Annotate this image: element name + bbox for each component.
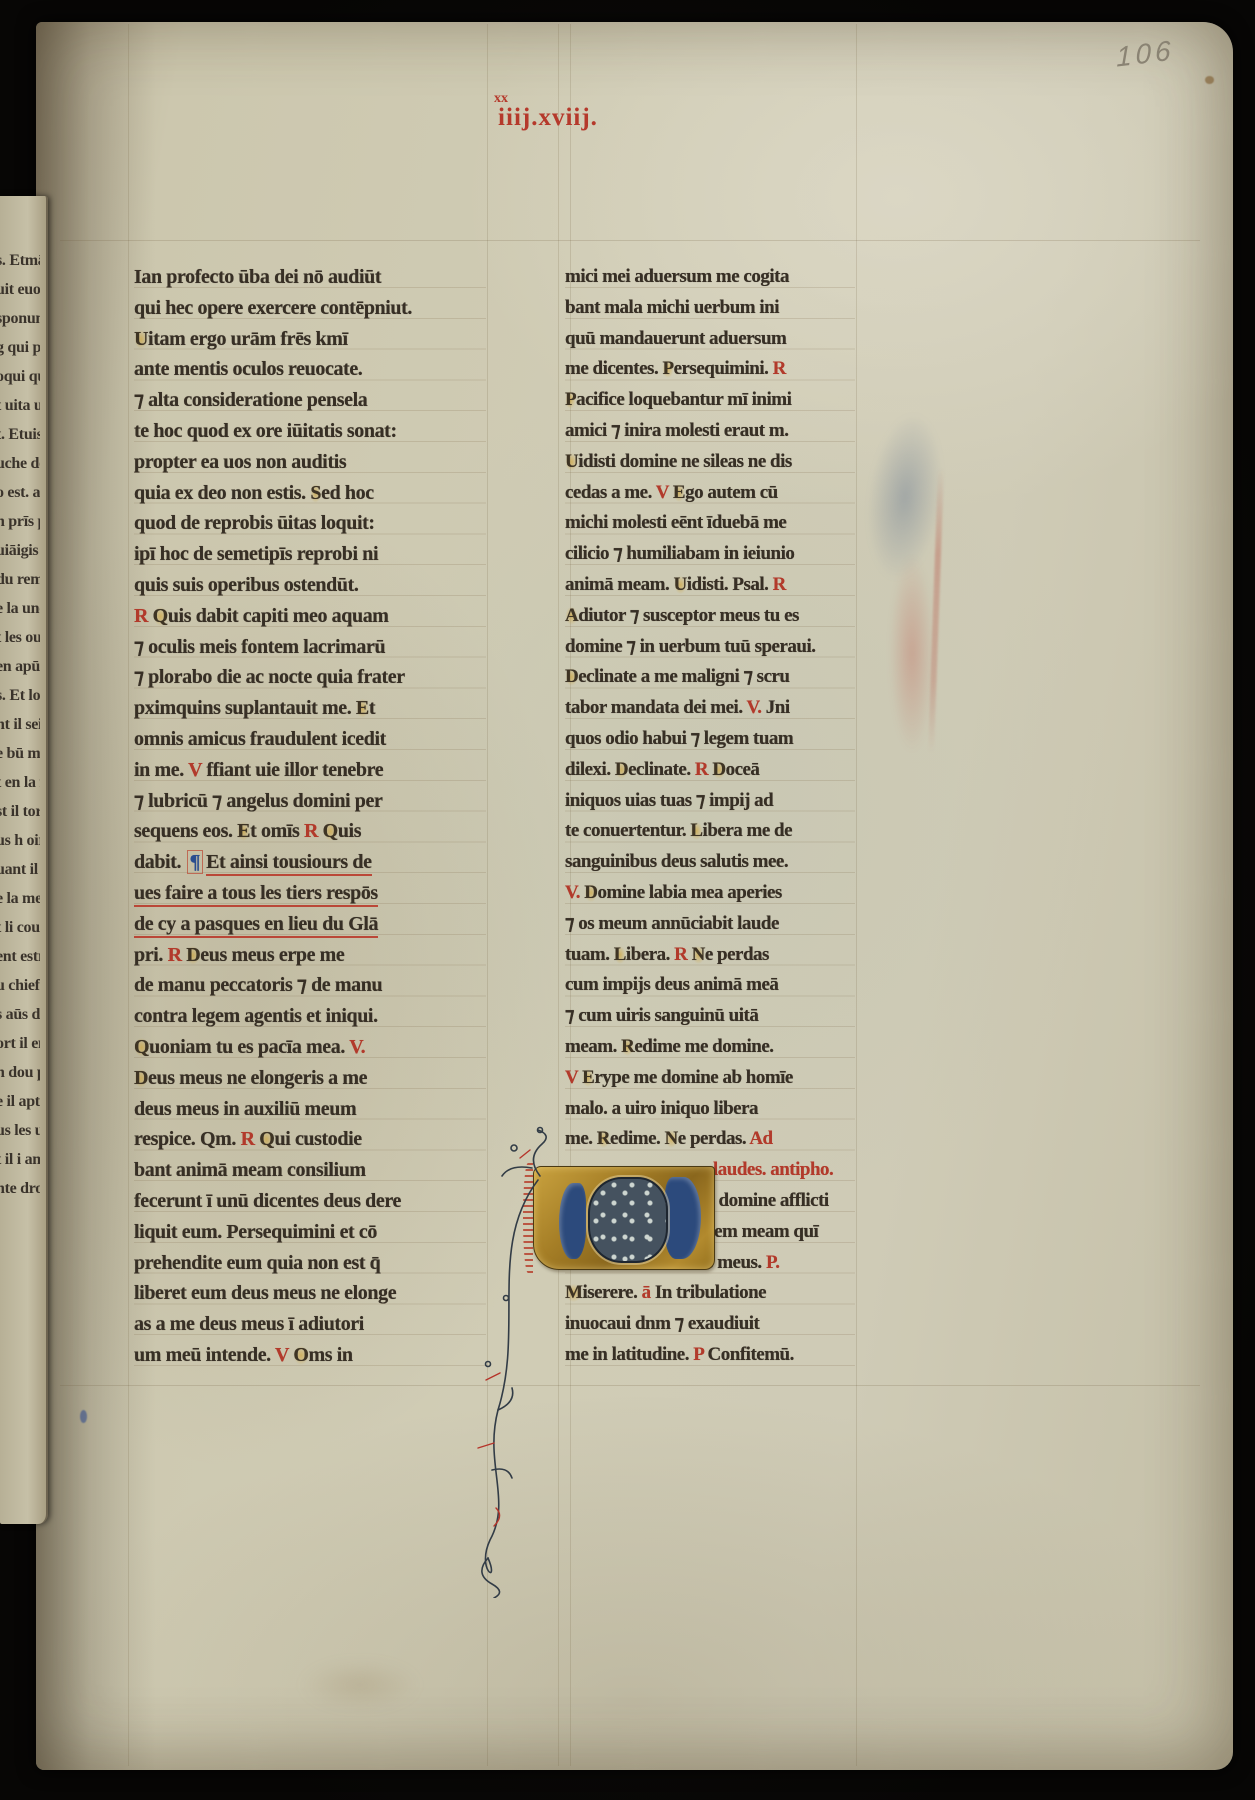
body-text: as a me deus meus ī adiutori <box>134 1313 364 1335</box>
ruling-line <box>128 24 129 1766</box>
body-text: itam ergo urām frēs kmī <box>148 328 348 350</box>
body-text: D <box>565 666 578 687</box>
manuscript-text-line: me dicentes. Persequimini. R <box>565 354 855 385</box>
body-text: dabit. <box>134 851 186 873</box>
previous-page-text-fragment: en apū de s <box>0 652 40 681</box>
manuscript-text-line: te conuertentur. Libera me de <box>565 816 855 847</box>
body-text: quū mandauerunt aduersum <box>565 328 786 349</box>
body-text: ersequimini. <box>674 358 773 379</box>
body-text: E <box>673 482 685 503</box>
body-text: prehendite eum quia non est q̄ <box>134 1252 380 1274</box>
manuscript-text-line: ipī hoc de semetipīs reprobi ni <box>134 539 486 570</box>
rubric-text: R <box>168 944 187 966</box>
ruling-line <box>60 1385 1200 1386</box>
rubric-text: R <box>695 759 712 780</box>
rubric-text: V <box>188 759 206 781</box>
manuscript-text-line: ⁊ oculis meis fontem lacrimarū <box>134 632 486 663</box>
initial-blue-panel <box>665 1177 701 1259</box>
body-text: ui custodie <box>274 1128 361 1150</box>
manuscript-text-line: michi molesti eēnt īduebā me <box>565 508 855 539</box>
body-text: acifice loquebantur mī inimi <box>576 389 791 410</box>
previous-page-text-fragment: us h oires <box>0 826 40 855</box>
body-text: R <box>597 1128 610 1149</box>
body-text: e perdas. <box>678 1128 750 1149</box>
body-text: cilicio ⁊ humiliabam in ieiunio <box>565 543 794 564</box>
body-text: bant mala michi uerbum ini <box>565 297 779 318</box>
manuscript-text-line: quis suis operibus ostendūt. <box>134 570 486 601</box>
previous-page-text-fragment: oqui questū <box>0 362 40 391</box>
manuscript-text-line: Declinate a me maligni ⁊ scru <box>565 662 855 693</box>
previous-page-text-fragment: uant il dit <box>0 855 40 884</box>
body-text: liquit eum. Persequimini et cō <box>134 1221 377 1243</box>
rubric-text: V <box>275 1344 293 1366</box>
body-text: D <box>134 1067 148 1089</box>
body-text: quis suis operibus ostendūt. <box>134 574 358 596</box>
body-text: ⁊ oculis meis fontem lacrimarū <box>134 636 385 658</box>
previous-page-text-fragment: uit euoē nul <box>0 275 40 304</box>
previous-page-text-fragment: n dou pue <box>0 1058 40 1087</box>
body-text: te hoc quod ex ore iūitatis sonat: <box>134 420 397 442</box>
rubric-text: V <box>656 482 673 503</box>
manuscript-text-line: tabor mandata dei mei. V. Jni <box>565 693 855 724</box>
body-text: amici ⁊ inira molesti eraut m. <box>565 420 788 441</box>
body-text: P <box>565 389 576 410</box>
rubric-text: R <box>674 944 691 965</box>
body-text: D <box>615 759 628 780</box>
body-text: uis <box>338 820 361 842</box>
manuscript-text-line: amici ⁊ inira molesti eraut m. <box>565 416 855 447</box>
previous-page-text-fragment: g qui pecoī <box>0 333 40 362</box>
previous-page-text-fragment: t en la fin <box>0 768 40 797</box>
body-text: L <box>614 944 626 965</box>
body-text: eclinate a me maligni ⁊ scru <box>578 666 789 687</box>
manuscript-text-line: Deus meus ne elongeris a me <box>134 1063 486 1094</box>
previous-page-text-fragment: nte droit <box>0 1174 40 1203</box>
rubric-text: V. <box>349 1036 365 1058</box>
manuscript-text-line: V. Domine labia mea aperies <box>565 878 855 909</box>
body-text: diutor ⁊ susceptor meus tu es <box>578 605 799 626</box>
body-text: In tribulatione <box>655 1282 766 1303</box>
body-text: sanguinibus deus salutis mee. <box>565 851 788 872</box>
body-text: N <box>665 1128 678 1149</box>
body-text: deus meus in auxiliū meum <box>134 1098 356 1120</box>
manuscript-text-line: Adiutor ⁊ susceptor meus tu es <box>565 601 855 632</box>
previous-page-text-fragment: t les oures <box>0 623 40 652</box>
previous-page-text-fragment: ort il en <box>0 1029 40 1058</box>
manuscript-text-line: quia ex deo non estis. Sed hoc <box>134 478 486 509</box>
quire-signature-superscript: xx <box>494 91 508 107</box>
manuscript-text-line: me in latitudine. P Confitemū. <box>565 1340 855 1371</box>
previous-page-text-fragment: e la unē de <box>0 594 40 623</box>
body-text: eus meus erpe me <box>200 944 344 966</box>
rubric-text: R <box>304 820 323 842</box>
manuscript-text-line: propter ea uos non auditis <box>134 447 486 478</box>
previous-page-edge: s. Etmāsauit euoē nulsponun ue dg qui pe… <box>0 196 48 1524</box>
body-text: sequens eos. <box>134 820 237 842</box>
manuscript-text-line: Ian profecto ūba dei nō audiūt <box>134 262 486 293</box>
manuscript-text-line: sanguinibus deus salutis mee. <box>565 847 855 878</box>
body-text: fecerunt ī unū dicentes deus dere <box>134 1190 401 1212</box>
previous-page-text-fragment: e bū moult <box>0 739 40 768</box>
initial-filigree-roundel <box>588 1177 668 1263</box>
rubric-text: ā <box>642 1282 655 1303</box>
previous-page-text-fragment: ent estre <box>0 942 40 971</box>
manuscript-text-line: quū mandauerunt aduersum <box>565 324 855 355</box>
body-text: Jni <box>766 697 790 718</box>
body-text: propter ea uos non auditis <box>134 451 346 473</box>
body-text: mici mei aduersum me cogita <box>565 266 789 287</box>
manuscript-text-line: Pacifice loquebantur mī inimi <box>565 385 855 416</box>
body-text: contra legem agentis et iniqui. <box>134 1005 378 1027</box>
body-text: qui hec opere exercere contēpniut. <box>134 297 412 319</box>
body-text: Confitemū. <box>708 1344 794 1365</box>
body-text: Q <box>134 1036 149 1058</box>
manuscript-text-line: te hoc quod ex ore iūitatis sonat: <box>134 416 486 447</box>
previous-page-text-fragment: t li couen <box>0 913 40 942</box>
previous-page-text-fragment: s aūs dep <box>0 1000 40 1029</box>
manuscript-text-line: tuam. Libera. R Ne perdas <box>565 940 855 971</box>
manuscript-text-line: bant mala michi uerbum ini <box>565 293 855 324</box>
body-text: ibera. <box>626 944 674 965</box>
manuscript-text-line: ⁊ cum uiris sanguinū uitā <box>565 1001 855 1032</box>
rubric-text: V. <box>565 882 584 903</box>
body-text: Q <box>153 605 168 627</box>
body-text: S <box>310 482 321 504</box>
manuscript-text-line: quos odio habui ⁊ legem tuam <box>565 724 855 755</box>
manuscript-text-line: cilicio ⁊ humiliabam in ieiunio <box>565 539 855 570</box>
body-text: edime. <box>610 1128 665 1149</box>
manuscript-text-line: sequens eos. Et omīs R Quis <box>134 816 486 847</box>
body-text: omnis amicus fraudulent icedit <box>134 728 386 750</box>
previous-page-text-fragment: s. Etmāsa <box>0 246 40 275</box>
body-text: U <box>565 451 578 472</box>
body-text: ⁊ os meum annūciabit laude <box>565 913 779 934</box>
quire-signature-base: iiij.xviij. <box>498 104 598 131</box>
rubric-text: P <box>693 1344 707 1365</box>
pilcrow-mark: ¶ <box>187 850 203 874</box>
rubric-text: V <box>565 1067 582 1088</box>
previous-page-text-fragment: e il apt s <box>0 1087 40 1116</box>
body-text: ffiant uie illor tenebre <box>206 759 383 781</box>
body-text: ues faire a tous les tiers respōs <box>134 882 378 907</box>
previous-page-text-fragment: e la messe <box>0 884 40 913</box>
previous-page-text-fragment: t uita uitaī <box>0 391 40 420</box>
manuscript-text-line: iniquos uias tuas ⁊ impij ad <box>565 786 855 817</box>
body-text: malo. a uiro iniquo libera <box>565 1098 758 1119</box>
rubric-text: R <box>241 1128 260 1150</box>
previous-page-text-fragment: st il torne <box>0 797 40 826</box>
manuscript-text-line: dilexi. Declinate. R Doceā <box>565 755 855 786</box>
manuscript-text-line: malo. a uiro iniquo libera <box>565 1094 855 1125</box>
rubric-text: R <box>773 358 786 379</box>
body-text: go autem cū <box>685 482 778 503</box>
body-text: te conuertentur. <box>565 820 690 841</box>
body-text: ⁊ lubricū ⁊ angelus domini per <box>134 790 382 812</box>
previous-page-text-fragment: u chief de <box>0 971 40 1000</box>
previous-page-text-fragment: du remēs d <box>0 565 40 594</box>
body-text: D <box>584 882 597 903</box>
manuscript-text-line: pri. R Deus meus erpe me <box>134 940 486 971</box>
body-text: idisti. Psal. <box>687 574 773 595</box>
manuscript-text-line: de cy a pasques en lieu du Glā <box>134 909 486 940</box>
manuscript-text-line: cedas a me. V Ego autem cū <box>565 478 855 509</box>
body-text: ed hoc <box>321 482 374 504</box>
manuscript-text-line: mici mei aduersum me cogita <box>565 262 855 293</box>
body-text: D <box>712 759 725 780</box>
previous-page-text-fragment: us les urs <box>0 1116 40 1145</box>
manuscript-text-line: dabit. ¶Et ainsi tousiours de <box>134 847 486 878</box>
body-text: respice. Qm. <box>134 1128 241 1150</box>
body-text: me in latitudine. <box>565 1344 693 1365</box>
manuscript-text-line: inuocaui dnm ⁊ exaudiuit <box>565 1309 855 1340</box>
body-text: N <box>692 944 705 965</box>
body-text: ipī hoc de semetipīs reprobi ni <box>134 543 378 565</box>
manuscript-text-line: R Quis dabit capiti meo aquam <box>134 601 486 632</box>
previous-page-text-fragment: sponun ue d <box>0 304 40 333</box>
quire-signature: xxiiij.xviij. <box>468 104 628 132</box>
rubric-text: P. <box>766 1252 780 1273</box>
previous-page-text-fragment: o est. autē <box>0 478 40 507</box>
previous-page-text-fragment: uiāigis de <box>0 536 40 565</box>
body-text: L <box>690 820 702 841</box>
body-text: E <box>582 1067 594 1088</box>
previous-page-text-fragment: n prīs puis <box>0 507 40 536</box>
body-text: pri. <box>134 944 168 966</box>
body-text: iniquos uias tuas ⁊ impij ad <box>565 790 773 811</box>
manuscript-text-line: ues faire a tous les tiers respōs <box>134 878 486 909</box>
manuscript-text-line: Quoniam tu es pacīa mea. V. <box>134 1032 486 1063</box>
previous-page-text-fragment: t il i ant <box>0 1145 40 1174</box>
body-text: omine labia mea aperies <box>598 882 782 903</box>
body-text: t <box>369 697 375 719</box>
rubric-text: V. <box>747 697 766 718</box>
body-text: ms in <box>309 1344 353 1366</box>
body-text: E <box>237 820 250 842</box>
rubric-text: laudes. antipho. <box>713 1159 833 1180</box>
manuscript-text-line: ante mentis oculos reuocate. <box>134 354 486 385</box>
manuscript-text-line: pximquins suplantauit me. Et <box>134 693 486 724</box>
body-text: iserere. <box>582 1282 641 1303</box>
body-text: e perdas <box>705 944 769 965</box>
manuscript-text-line: cum impijs deus animā meā <box>565 970 855 1001</box>
penwork-flourish <box>428 1118 578 1598</box>
body-text: michi molesti eēnt īduebā me <box>565 512 786 533</box>
body-text: O <box>293 1344 308 1366</box>
body-text: domine ⁊ in uerbum tuū speraui. <box>565 636 816 657</box>
manuscript-text-line: in me. V ffiant uie illor tenebre <box>134 755 486 786</box>
manuscript-text-line: Miserere. ā In tribulatione <box>565 1278 855 1309</box>
body-text: Et ainsi tousiours de <box>206 851 372 876</box>
manuscript-text-line: ⁊ os meum annūciabit laude <box>565 909 855 940</box>
previous-page-text-fragment: uche de cadr <box>0 449 40 478</box>
body-text: liberet eum deus meus ne elonge <box>134 1282 396 1304</box>
body-text: t omīs <box>250 820 304 842</box>
previous-page-text-fragment: t. Etuis ▪ <box>0 420 40 449</box>
body-text: ante mentis oculos reuocate. <box>134 358 362 380</box>
body-text: R <box>621 1036 634 1057</box>
body-text: de cy a pasques en lieu du Glā <box>134 913 378 938</box>
body-text: ⁊ alta consideratione pensela <box>134 389 367 411</box>
previous-page-text: s. Etmāsauit euoē nulsponun ue dg qui pe… <box>0 246 40 1203</box>
body-text: cedas a me. <box>565 482 656 503</box>
body-text: idisti domine ne sileas ne dis <box>578 451 792 472</box>
body-text: ibera me de <box>703 820 792 841</box>
manuscript-text-line: ⁊ alta consideratione pensela <box>134 385 486 416</box>
previous-page-text-fragment: s. Et lors q <box>0 681 40 710</box>
body-text: Q <box>259 1128 274 1150</box>
body-text: ⁊ cum uiris sanguinū uitā <box>565 1005 758 1026</box>
manuscript-text-line: V Erype me domine ab homīe <box>565 1063 855 1094</box>
body-text: edime me domine. <box>634 1036 773 1057</box>
manuscript-text-line: contra legem agentis et iniqui. <box>134 1001 486 1032</box>
body-text: uoniam tu es pacīa mea. <box>149 1036 349 1058</box>
body-text: uis dabit capiti meo aquam <box>168 605 389 627</box>
body-text: cum impijs deus animā meā <box>565 974 778 995</box>
previous-page-text-fragment: nt il seist <box>0 710 40 739</box>
manuscript-text-line: omnis amicus fraudulent icedit <box>134 724 486 755</box>
body-text: um meū intende. <box>134 1344 275 1366</box>
body-text: U <box>134 328 148 350</box>
body-text: me dicentes. <box>565 358 662 379</box>
body-text: oceā <box>726 759 760 780</box>
body-text: animā meam. <box>565 574 674 595</box>
body-text: pximquins suplantauit me. <box>134 697 356 719</box>
body-text: quos odio habui ⁊ legem tuam <box>565 728 793 749</box>
body-text: E <box>356 697 369 719</box>
body-text: D <box>186 944 200 966</box>
body-text: bant animā meam consilium <box>134 1159 366 1181</box>
manuscript-text-line: me. Redime. Ne perdas. Ad <box>565 1124 855 1155</box>
body-text: meam. <box>565 1036 621 1057</box>
body-text: quod de reprobis ūitas loquit: <box>134 512 375 534</box>
body-text: tuam. <box>565 944 614 965</box>
manuscript-text-line: animā meam. Uidisti. Psal. R <box>565 570 855 601</box>
manuscript-text-line: ⁊ plorabo die ac nocte quia frater <box>134 662 486 693</box>
manuscript-text-line: Uidisti domine ne sileas ne dis <box>565 447 855 478</box>
manuscript-text-line: Uitam ergo urām frēs kmī <box>134 324 486 355</box>
manuscript-text-line: ⁊ lubricū ⁊ angelus domini per <box>134 786 486 817</box>
body-text: ⁊ plorabo die ac nocte quia frater <box>134 666 405 688</box>
manuscript-text-line: qui hec opere exercere contēpniut. <box>134 293 486 324</box>
body-text: inuocaui dnm ⁊ exaudiuit <box>565 1313 759 1334</box>
body-text: Ian profecto ūba dei nō audiūt <box>134 266 381 288</box>
body-text: de manu peccatoris ⁊ de manu <box>134 974 382 996</box>
body-text: dilexi. <box>565 759 615 780</box>
body-text: tabor mandata dei mei. <box>565 697 747 718</box>
manuscript-text-line: domine ⁊ in uerbum tuū speraui. <box>565 632 855 663</box>
ruling-line <box>60 240 1200 241</box>
manuscript-text-line: quod de reprobis ūitas loquit: <box>134 508 486 539</box>
rubric-text: R <box>134 605 153 627</box>
body-text: quia ex deo non estis. <box>134 482 310 504</box>
body-text: eclinate. <box>628 759 695 780</box>
body-text: U <box>674 574 687 595</box>
manuscript-text-line: meam. Redime me domine. <box>565 1032 855 1063</box>
manuscript-text-line: de manu peccatoris ⁊ de manu <box>134 970 486 1001</box>
body-text: eus meus ne elongeris a me <box>148 1067 367 1089</box>
rubric-text: Ad <box>749 1128 772 1149</box>
rubric-text: R <box>773 574 786 595</box>
ruling-line <box>856 24 857 1766</box>
body-text: Q <box>323 820 338 842</box>
body-text: in me. <box>134 759 188 781</box>
body-text: A <box>565 605 578 626</box>
body-text: rype me domine ab homīe <box>594 1067 793 1088</box>
body-text: P <box>662 358 673 379</box>
manuscript-photo: s. Etmāsauit euoē nulsponun ue dg qui pe… <box>0 0 1255 1800</box>
